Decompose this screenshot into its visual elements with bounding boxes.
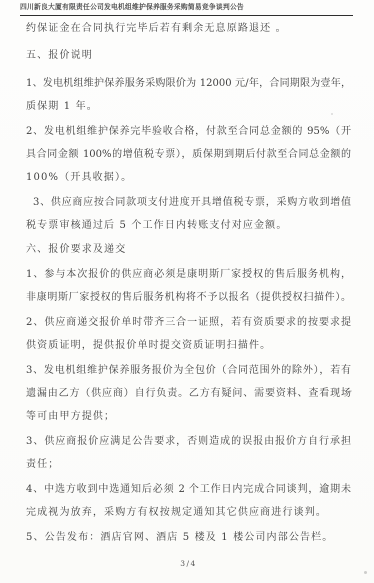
scan-speckle	[349, 390, 352, 392]
section-heading-5: 五、报价说明	[26, 44, 351, 67]
text-line: 2、发电机组维护保养完毕验收合格，付款至合同总金额的 95%（开	[26, 120, 351, 143]
text-line: 等可由甲方提供；	[26, 405, 351, 428]
paragraph-announcement: 5、公告发布：酒店官网、酒店 5 楼及 1 楼公司内部公告栏。	[26, 526, 351, 549]
document-body: 约保证金在合同执行完毕后若有剩余无息原路退还 。 五、报价说明 1、发电机组维护…	[26, 17, 351, 551]
text-line: 3、供应商报价应满足公告要求，否则造成的误报由报价方自行承担	[26, 430, 351, 453]
text-line: 2、供应商递交报价单时带齐三合一证照，若有资质要求的按要求提	[26, 311, 351, 334]
scan-speckle	[66, 53, 68, 55]
page-header: 四川新良大厦有限责任公司发电机组维护保养服务采购简易竞争谈判公告	[20, 3, 353, 16]
text-line: 责任；	[26, 453, 351, 476]
text-line: 具合同金额 100%的增值税专票），质保期到期后付款至合同总金额的	[26, 143, 351, 166]
text-line: 1、参与本次报价的供应商必须是康明斯厂家授权的售后服务机构，	[26, 263, 351, 286]
paragraph-pricing-3: 3、供应商应按合同款项支付进度开具增值税专票，采购方收到增值 税专票审核通过后 …	[26, 191, 351, 237]
text-line: 约保证金在合同执行完毕后若有剩余无息原路退还 。	[26, 17, 351, 40]
heading-line: 六、报价要求及递交	[26, 238, 351, 261]
text-line: 100%（开具收据）。	[26, 166, 351, 189]
text-line: 3、供应商应按合同款项支付进度开具增值税专票，采购方收到增值	[26, 191, 351, 214]
text-line: 3、发电机组维护保养服务报价为全包价（合同范围外的除外），若有	[26, 359, 351, 382]
paragraph-pricing-2: 2、发电机组维护保养完毕验收合格，付款至合同总金额的 95%（开 具合同金额 1…	[26, 120, 351, 189]
paragraph-requirements-2: 2、供应商递交报价单时带齐三合一证照，若有资质要求的按要求提 供资质证明，提供报…	[26, 311, 351, 357]
heading-line: 五、报价说明	[26, 44, 351, 67]
text-line: 遗漏由乙方（供应商）自行负责。乙方有疑问、需要资料、查看现场	[26, 382, 351, 405]
paragraph-requirements-1: 1、参与本次报价的供应商必须是康明斯厂家授权的售后服务机构， 非康明斯厂家授权的…	[26, 263, 351, 309]
text-line: 非康明斯厂家授权的售后服务机构将不予以报名（提供授权扫描件）。	[26, 286, 351, 309]
paragraph-continuation: 约保证金在合同执行完毕后若有剩余无息原路退还 。	[26, 17, 351, 40]
text-line: 供资质证明，提供报价单时提交资质证明扫描件。	[26, 334, 351, 357]
document-header-title: 四川新良大厦有限责任公司发电机组维护保养服务采购简易竞争谈判公告	[20, 3, 353, 12]
section-heading-6: 六、报价要求及递交	[26, 238, 351, 261]
text-line: 税专票审核通过后 5 个工作日内转账支付对应金额。	[26, 214, 351, 237]
text-line: 质保期 1 年。	[26, 95, 351, 118]
text-line: 完成视为放弃，采购方有权按规定通知其它供应商进行谈判。	[26, 501, 351, 524]
scanned-document-page: 四川新良大厦有限责任公司发电机组维护保养服务采购简易竞争谈判公告 约保证金在合同…	[0, 0, 374, 583]
text-line: 4、中选方收到中选通知后必须 2 个工作日内完成合同谈判，逾期未	[26, 478, 351, 501]
page-number: 3/4	[180, 559, 197, 568]
paragraph-requirements-4: 3、供应商报价应满足公告要求，否则造成的误报由报价方自行承担 责任；	[26, 430, 351, 476]
paragraph-pricing-1: 1、发电机组维护保养服务采购限价为 12000 元/年，合同期限为壹年， 质保期…	[26, 72, 351, 118]
scan-speckle	[331, 113, 333, 115]
scan-speckle	[364, 571, 367, 574]
text-line: 1、发电机组维护保养服务采购限价为 12000 元/年，合同期限为壹年，	[26, 72, 351, 95]
text-line: 5、公告发布：酒店官网、酒店 5 楼及 1 楼公司内部公告栏。	[26, 526, 351, 549]
page-footer: 3/4	[26, 551, 351, 570]
paragraph-requirements-3: 3、发电机组维护保养服务报价为全包价（合同范围外的除外），若有 遗漏由乙方（供应…	[26, 359, 351, 428]
paragraph-requirements-5: 4、中选方收到中选通知后必须 2 个工作日内完成合同谈判，逾期未 完成视为放弃，…	[26, 478, 351, 524]
